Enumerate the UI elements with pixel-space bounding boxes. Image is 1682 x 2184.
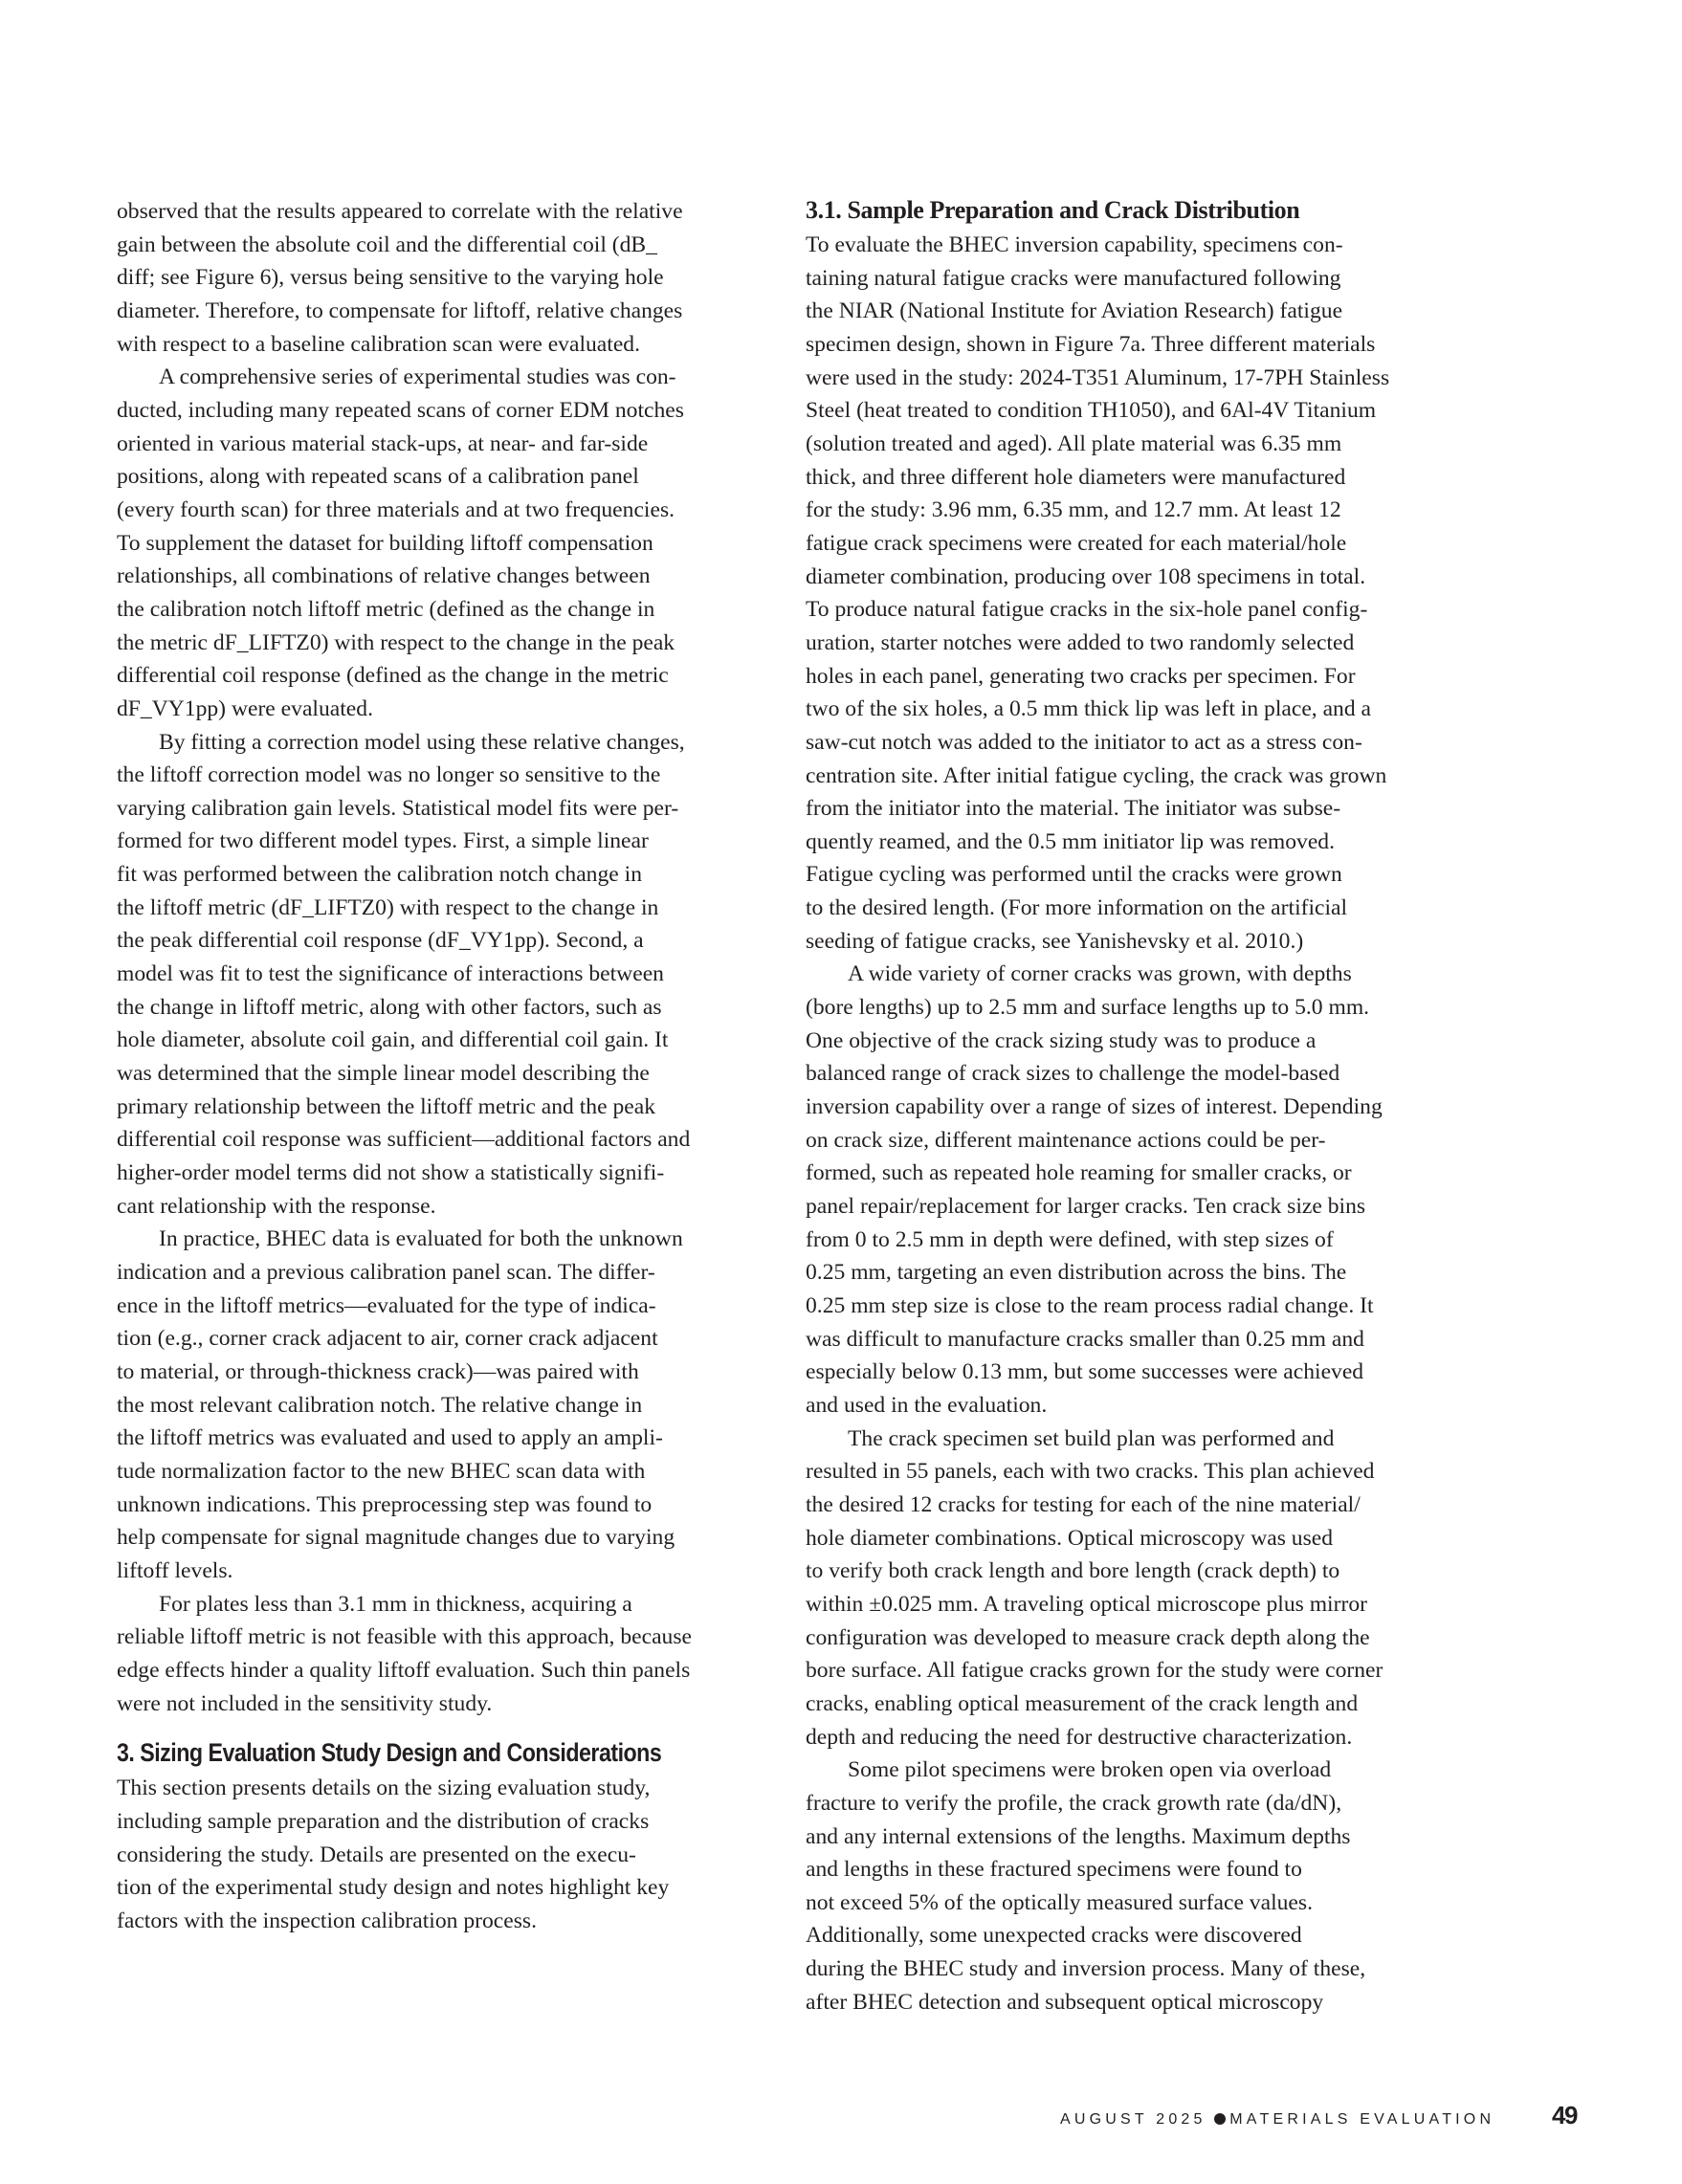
text-line: was determined that the simple linear mo… (117, 1057, 777, 1091)
text-line: tion of the experimental study design an… (117, 1871, 777, 1905)
paragraph-section-intro: This section presents details on the siz… (117, 1772, 777, 1937)
text-line: configuration was developed to measure c… (806, 1621, 1475, 1655)
text-line: cant relationship with the response. (117, 1190, 777, 1224)
text-line: help compensate for signal magnitude cha… (117, 1521, 777, 1555)
text-line: was difficult to manufacture cracks smal… (806, 1323, 1475, 1357)
text-line: with respect to a baseline calibration s… (117, 328, 777, 362)
text-line: the desired 12 cracks for testing for ea… (806, 1489, 1475, 1522)
text-line: resulted in 55 panels, each with two cra… (806, 1455, 1475, 1489)
text-line: (bore lengths) up to 2.5 mm and surface … (806, 991, 1475, 1025)
text-line: saw-cut notch was added to the initiator… (806, 726, 1475, 760)
text-line: the metric dF_LIFTZ0) with respect to th… (117, 627, 777, 660)
text-line: and used in the evaluation. (806, 1389, 1475, 1423)
text-line: hole diameter combinations. Optical micr… (806, 1522, 1475, 1555)
text-line: factors with the inspection calibration … (117, 1905, 777, 1938)
text-line: to verify both crack length and bore len… (806, 1555, 1475, 1588)
text-line: the calibration notch liftoff metric (de… (117, 593, 777, 627)
text-line: diameter. Therefore, to compensate for l… (117, 295, 777, 328)
paragraph-practice: In practice, BHEC data is evaluated for … (117, 1223, 777, 1587)
text-line: the liftoff metric (dF_LIFTZ0) with resp… (117, 892, 777, 925)
text-line: unknown indications. This preprocessing … (117, 1489, 777, 1522)
text-line: inversion capability over a range of siz… (806, 1091, 1475, 1124)
text-line: from the initiator into the material. Th… (806, 792, 1475, 826)
running-footer: AUGUST 2025 MATERIALS EVALUATION (1060, 2111, 1494, 2129)
text-line: A comprehensive series of experimental s… (117, 361, 777, 394)
text-line: higher-order model terms did not show a … (117, 1157, 777, 1190)
text-line: were not included in the sensitivity stu… (117, 1688, 777, 1721)
text-line: oriented in various material stack-ups, … (117, 428, 777, 461)
text-line: for the study: 3.96 mm, 6.35 mm, and 12.… (806, 494, 1475, 527)
text-line: the change in liftoff metric, along with… (117, 991, 777, 1025)
text-line: from 0 to 2.5 mm in depth were defined, … (806, 1224, 1475, 1257)
text-line: centration site. After initial fatigue c… (806, 760, 1475, 793)
text-line: ence in the liftoff metrics—evaluated fo… (117, 1290, 777, 1323)
text-line: to material, or through-thickness crack)… (117, 1356, 777, 1389)
text-line: relationships, all combinations of relat… (117, 560, 777, 593)
text-line: 0.25 mm step size is close to the ream p… (806, 1290, 1475, 1323)
text-line: gain between the absolute coil and the d… (117, 229, 777, 262)
paragraph-correction-model: By fitting a correction model using thes… (117, 726, 777, 1224)
paragraph-thin-plates: For plates less than 3.1 mm in thickness… (117, 1588, 777, 1721)
text-line: fracture to verify the profile, the crac… (806, 1787, 1475, 1820)
text-line: and any internal extensions of the lengt… (806, 1820, 1475, 1854)
text-line: Steel (heat treated to condition TH1050)… (806, 394, 1475, 428)
paragraph-experimental-studies: A comprehensive series of experimental s… (117, 361, 777, 725)
text-line: By fitting a correction model using thes… (117, 726, 777, 760)
text-line: diff; see Figure 6), versus being sensit… (117, 261, 777, 295)
paragraph-corner-cracks: A wide variety of corner cracks was grow… (806, 958, 1475, 1422)
left-column: observed that the results appeared to co… (117, 195, 777, 1937)
text-line: tion (e.g., corner crack adjacent to air… (117, 1322, 777, 1356)
text-line: primary relationship between the liftoff… (117, 1091, 777, 1124)
text-line: differential coil response (defined as t… (117, 659, 777, 693)
text-line: specimen design, shown in Figure 7a. Thr… (806, 328, 1475, 362)
text-line: two of the six holes, a 0.5 mm thick lip… (806, 693, 1475, 726)
text-line: edge effects hinder a quality liftoff ev… (117, 1654, 777, 1688)
text-line: To evaluate the BHEC inversion capabilit… (806, 229, 1475, 262)
text-line: the liftoff metrics was evaluated and us… (117, 1422, 777, 1455)
text-line: tude normalization factor to the new BHE… (117, 1455, 777, 1489)
text-line: not exceed 5% of the optically measured … (806, 1886, 1475, 1920)
text-line: varying calibration gain levels. Statist… (117, 792, 777, 826)
text-line: were used in the study: 2024-T351 Alumin… (806, 362, 1475, 395)
text-line: bore surface. All fatigue cracks grown f… (806, 1654, 1475, 1688)
text-line: the most relevant calibration notch. The… (117, 1389, 777, 1423)
text-line: 0.25 mm, targeting an even distribution … (806, 1256, 1475, 1290)
text-line: ducted, including many repeated scans of… (117, 394, 777, 428)
text-line: positions, along with repeated scans of … (117, 460, 777, 494)
text-line: dF_VY1pp) were evaluated. (117, 693, 777, 726)
text-line: indication and a previous calibration pa… (117, 1256, 777, 1290)
text-line: on crack size, different maintenance act… (806, 1124, 1475, 1158)
text-line: (every fourth scan) for three materials … (117, 494, 777, 527)
text-line: thick, and three different hole diameter… (806, 461, 1475, 495)
footer-issue: AUGUST 2025 (1060, 2111, 1206, 2128)
page-number: 49 (1552, 2101, 1577, 2130)
text-line: taining natural fatigue cracks were manu… (806, 262, 1475, 296)
text-line: fatigue crack specimens were created for… (806, 527, 1475, 561)
text-line: during the BHEC study and inversion proc… (806, 1952, 1475, 1986)
text-line: model was fit to test the significance o… (117, 958, 777, 991)
bullet-dot-icon (1214, 2113, 1226, 2125)
text-line: Fatigue cycling was performed until the … (806, 858, 1475, 892)
text-line: One objective of the crack sizing study … (806, 1025, 1475, 1058)
text-line: quently reamed, and the 0.5 mm initiator… (806, 826, 1475, 859)
text-line: For plates less than 3.1 mm in thickness… (117, 1588, 777, 1621)
right-column: 3.1. Sample Preparation and Crack Distri… (806, 195, 1475, 2019)
text-line: uration, starter notches were added to t… (806, 627, 1475, 660)
subsection-heading: 3.1. Sample Preparation and Crack Distri… (806, 195, 1475, 226)
text-line: seeding of fatigue cracks, see Yanishevs… (806, 925, 1475, 959)
text-line: especially below 0.13 mm, but some succe… (806, 1356, 1475, 1389)
text-line: The crack specimen set build plan was pe… (806, 1423, 1475, 1456)
text-line: This section presents details on the siz… (117, 1772, 777, 1805)
section-heading: 3. Sizing Evaluation Study Design and Co… (117, 1733, 684, 1772)
paragraph-build-plan: The crack specimen set build plan was pe… (806, 1423, 1475, 1754)
text-line: liftoff levels. (117, 1555, 777, 1588)
text-line: formed, such as repeated hole reaming fo… (806, 1157, 1475, 1190)
text-line: the liftoff correction model was no long… (117, 759, 777, 792)
text-line: to the desired length. (For more informa… (806, 892, 1475, 925)
text-line: To produce natural fatigue cracks in the… (806, 593, 1475, 627)
text-line: formed for two different model types. Fi… (117, 825, 777, 858)
text-line: Additionally, some unexpected cracks wer… (806, 1919, 1475, 1952)
text-line: and lengths in these fractured specimens… (806, 1853, 1475, 1886)
text-line: the peak differential coil response (dF_… (117, 924, 777, 958)
paragraph-specimens: To evaluate the BHEC inversion capabilit… (806, 229, 1475, 958)
text-line: the NIAR (National Institute for Aviatio… (806, 295, 1475, 328)
text-line: A wide variety of corner cracks was grow… (806, 958, 1475, 991)
footer-publication: MATERIALS EVALUATION (1229, 2111, 1494, 2128)
paragraph-pilot-specimens: Some pilot specimens were broken open vi… (806, 1754, 1475, 2019)
text-line: cracks, enabling optical measurement of … (806, 1688, 1475, 1721)
text-line: Some pilot specimens were broken open vi… (806, 1754, 1475, 1787)
text-line: hole diameter, absolute coil gain, and d… (117, 1024, 777, 1057)
paragraph-liftoff-intro: observed that the results appeared to co… (117, 195, 777, 361)
text-line: diameter combination, producing over 108… (806, 561, 1475, 594)
text-line: fit was performed between the calibratio… (117, 858, 777, 892)
text-line: To supplement the dataset for building l… (117, 527, 777, 561)
text-line: considering the study. Details are prese… (117, 1839, 777, 1872)
text-line: observed that the results appeared to co… (117, 195, 777, 229)
text-line: differential coil response was sufficien… (117, 1123, 777, 1157)
text-line: holes in each panel, generating two crac… (806, 660, 1475, 694)
text-line: depth and reducing the need for destruct… (806, 1721, 1475, 1754)
text-line: (solution treated and aged). All plate m… (806, 428, 1475, 461)
text-line: within ±0.025 mm. A traveling optical mi… (806, 1588, 1475, 1621)
text-line: In practice, BHEC data is evaluated for … (117, 1223, 777, 1256)
text-line: after BHEC detection and subsequent opti… (806, 1986, 1475, 2019)
text-line: reliable liftoff metric is not feasible … (117, 1621, 777, 1654)
text-line: panel repair/replacement for larger crac… (806, 1190, 1475, 1224)
text-line: including sample preparation and the dis… (117, 1805, 777, 1839)
text-line: balanced range of crack sizes to challen… (806, 1057, 1475, 1091)
